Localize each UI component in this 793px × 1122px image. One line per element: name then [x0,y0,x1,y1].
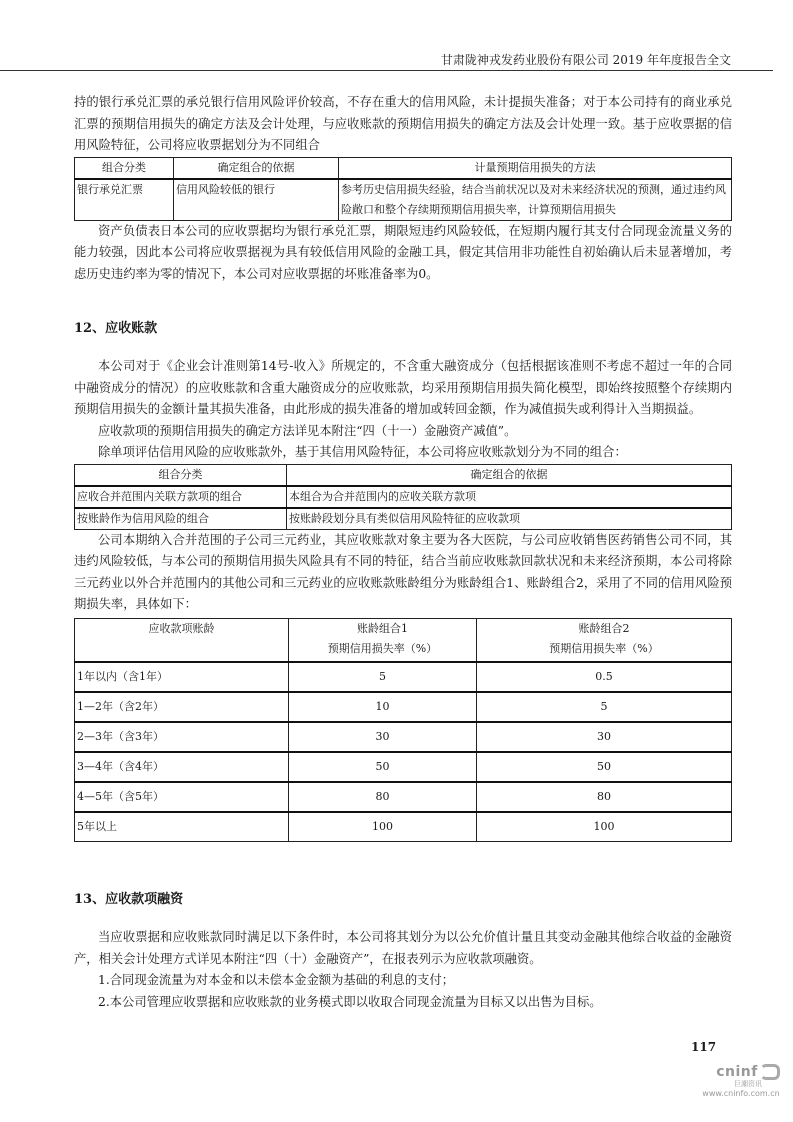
accounts-receivable-group-table: 组合分类 确定组合的依据 应收合并范围内关联方款项的组合 本组合为合并范围内的应… [74,464,732,530]
group-1-name: 账龄组合1 [291,619,474,639]
table-row: 4—5年（含5年） 80 80 [75,782,732,812]
table-cell-group-2: 0.5 [477,662,732,692]
table-row: 按账龄作为信用风险的组合 按账龄段划分具有类似信用风险特征的应收款项 [75,508,732,530]
notes-receivable-paragraph: 资产负债表日本公司的应收票据均为银行承兑汇票，期限短违约风险较低，在短期内履行其… [74,221,732,286]
section-12-title: 12、应收账款 [74,317,732,336]
table-row: 5年以上 100 100 [75,812,732,842]
table-cell-group-1: 10 [289,692,477,722]
swirl-icon [760,1064,780,1080]
table-cell-group-2: 30 [477,722,732,752]
table-cell-group-1: 50 [289,752,477,782]
table-cell-group-1: 5 [289,662,477,692]
table-cell-group-2: 50 [477,752,732,782]
report-title: 甘肃陇神戎发药业股份有限公司 2019 年年度报告全文 [441,51,731,68]
table-cell-method: 参考历史信用损失经验，结合当前状况以及对未来经济状况的预测，通过违约风险敞口和整… [339,179,732,221]
table-header-group-1: 账龄组合1 预期信用损失率（%） [289,618,477,662]
table-row: 应收合并范围内关联方款项的组合 本组合为合并范围内的应收关联方款项 [75,486,732,508]
logo-brand-text: cninf [716,1064,758,1080]
table-row: 1—2年（含2年） 10 5 [75,692,732,722]
table-cell-group-1: 30 [289,722,477,752]
condition-item: 2.本公司管理应收票据和应收账款的业务模式即以收取合同现金流量为目标又以出售为目… [74,992,732,1014]
table-cell-group-1: 100 [289,812,477,842]
table-cell-group-2: 5 [477,692,732,722]
table-header-group-2: 账龄组合2 预期信用损失率（%） [477,618,732,662]
group-1-rate-label: 预期信用损失率（%） [291,639,474,659]
table-header-row: 组合分类 确定组合的依据 计量预期信用损失的方法 [75,157,732,179]
table-cell-age: 3—4年（含4年） [75,752,289,782]
table-header-row: 应收款项账龄 账龄组合1 预期信用损失率（%） 账龄组合2 预期信用损失率（%） [75,618,732,662]
table-cell-basis: 本组合为合并范围内的应收关联方款项 [287,486,732,508]
page-number: 117 [691,1040,716,1054]
table-header-cell: 组合分类 [75,157,174,179]
table-cell-group-2: 100 [477,812,732,842]
table-cell-age: 5年以上 [75,812,289,842]
table-cell-age: 1年以内（含1年） [75,662,289,692]
section-12-paragraph: 应收款项的预期信用损失的确定方法详见本附注“四（十一）金融资产减值”。 [74,421,732,443]
table-cell-age: 2—3年（含3年） [75,722,289,752]
table-cell-category: 银行承兑汇票 [75,179,174,221]
table-header-cell: 确定组合的依据 [174,157,339,179]
group-2-rate-label: 预期信用损失率（%） [479,639,729,659]
table-row: 2—3年（含3年） 30 30 [75,722,732,752]
table-cell-basis: 按账龄段划分具有类似信用风险特征的应收款项 [287,508,732,530]
table-cell-category: 按账龄作为信用风险的组合 [75,508,287,530]
table-cell-basis: 信用风险较低的银行 [174,179,339,221]
group-2-name: 账龄组合2 [479,619,729,639]
table-header-row: 组合分类 确定组合的依据 [75,464,732,486]
table-cell-category: 应收合并范围内关联方款项的组合 [75,486,287,508]
section-12-paragraph: 本公司对于《企业会计准则第14号-收入》所规定的，不含重大融资成分（包括根据该准… [74,356,732,421]
table-header-cell: 计量预期信用损失的方法 [339,157,732,179]
document-body: 持的银行承兑汇票的承兑银行信用风险评价较高，不存在重大的信用风险，未计提损失准备… [74,92,732,1013]
table-cell-age: 4—5年（含5年） [75,782,289,812]
logo-chinese-name: 巨潮资讯 [708,1080,788,1089]
notes-receivable-combination-table: 组合分类 确定组合的依据 计量预期信用损失的方法 银行承兑汇票 信用风险较低的银… [74,157,732,221]
condition-item: 1.合同现金流量为对本金和以未偿本金金额为基础的利息的支付； [74,970,732,992]
table-cell-group-1: 80 [289,782,477,812]
table-header-cell: 确定组合的依据 [287,464,732,486]
logo-url: www.cninfo.com.cn [694,1089,788,1099]
aging-loss-rate-table: 应收款项账龄 账龄组合1 预期信用损失率（%） 账龄组合2 预期信用损失率（%）… [74,618,732,843]
section-12-paragraph: 除单项评估信用风险的应收账款外，基于其信用风险特征，本公司将应收账款划分为不同的… [74,442,732,464]
table-row: 3—4年（含4年） 50 50 [75,752,732,782]
table-row: 银行承兑汇票 信用风险较低的银行 参考历史信用损失经验，结合当前状况以及对未来经… [75,179,732,221]
cninfo-logo: cninf 巨潮资讯 www.cninfo.com.cn [708,1064,788,1099]
table-row: 1年以内（含1年） 5 0.5 [75,662,732,692]
table-header-cell: 组合分类 [75,464,287,486]
table-cell-age: 1—2年（含2年） [75,692,289,722]
page-header: 甘肃陇神戎发药业股份有限公司 2019 年年度报告全文 [0,48,773,71]
table-cell-group-2: 80 [477,782,732,812]
logo-brand: cninf [708,1064,788,1080]
section-13-title: 13、应收款项融资 [74,888,732,907]
section-13-paragraph: 当应收票据和应收账款同时满足以下条件时，本公司将其划分为以公允价值计量且其变动金… [74,927,732,970]
intro-paragraph: 持的银行承兑汇票的承兑银行信用风险评价较高，不存在重大的信用风险，未计提损失准备… [74,92,732,157]
table-header-aging: 应收款项账龄 [75,618,289,662]
section-12-aging-paragraph: 公司本期纳入合并范围的子公司三元药业，其应收账款对象主要为各大医院，与公司应收销… [74,530,732,616]
